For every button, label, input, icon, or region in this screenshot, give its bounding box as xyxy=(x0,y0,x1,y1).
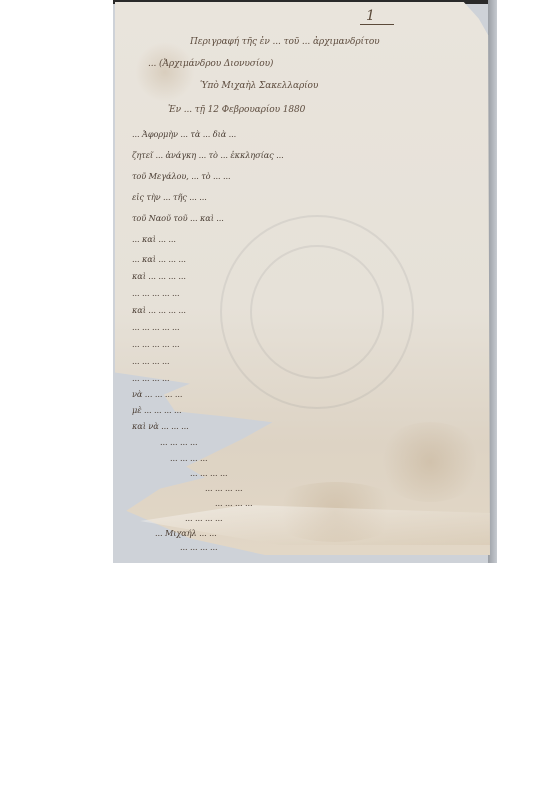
body-line: ... ... ... ... xyxy=(215,497,490,509)
body-line: ... ... ... ... ... xyxy=(132,287,490,299)
body-line: καὶ νὰ ... ... ... xyxy=(132,420,490,432)
paper-stain xyxy=(135,42,195,102)
body-line: νὰ ... ... ... ... xyxy=(132,388,490,400)
date-line: Ἐν ... τῇ 12 Φεβρουαρίου 1880 xyxy=(168,104,438,116)
body-line: ... ... ... ... ... xyxy=(132,321,490,333)
body-line: εἰς τὴν ... τῆς ... ... xyxy=(132,191,490,203)
body-line: ... Ἀφορμὴν ... τὰ ... διὰ ... xyxy=(132,128,490,140)
heading-line-2: ... (Ἀρχιμάνδρου Διονυσίου) xyxy=(148,58,388,70)
body-line: ... ... ... ... xyxy=(205,482,490,494)
body-line: ... καὶ ... ... xyxy=(132,233,490,245)
body-line: τοῦ Ναοῦ τοῦ ... καὶ ... xyxy=(132,212,490,224)
body-line: ... καὶ ... ... ... xyxy=(132,253,490,265)
body-line: ... ... ... ... xyxy=(132,372,490,384)
body-line: ... ... ... ... xyxy=(170,452,490,464)
body-line: ... ... ... ... xyxy=(185,512,490,524)
page-number: 1 xyxy=(366,8,375,24)
author-line: Ὑπὸ Μιχαὴλ Σακελλαρίου xyxy=(200,80,400,92)
body-line: ... ... ... ... xyxy=(132,355,490,367)
body-line: ζητεῖ ... ἀνάγκη ... τὸ ... ἐκκλησίας ..… xyxy=(132,149,490,161)
page-number-underline xyxy=(360,24,394,25)
body-line: ... ... ... ... ... xyxy=(132,338,490,350)
body-line: ... Μιχαήλ ... ... xyxy=(155,527,490,539)
body-line: καὶ ... ... ... ... xyxy=(132,270,490,282)
body-line: τοῦ Μεγάλου, ... τὸ ... ... xyxy=(132,170,490,182)
body-line: ... ... ... ... xyxy=(190,467,490,479)
body-line: ... ... ... ... xyxy=(160,436,490,448)
body-line: μὲ ... ... ... ... xyxy=(132,404,490,416)
body-line: ... ... ... ... xyxy=(180,541,490,553)
body-line: καὶ ... ... ... ... xyxy=(132,304,490,316)
heading-line-1: Περιγραφή τῆς ἐν ... τοῦ ... ἀρχιμανδρίτ… xyxy=(190,36,490,48)
